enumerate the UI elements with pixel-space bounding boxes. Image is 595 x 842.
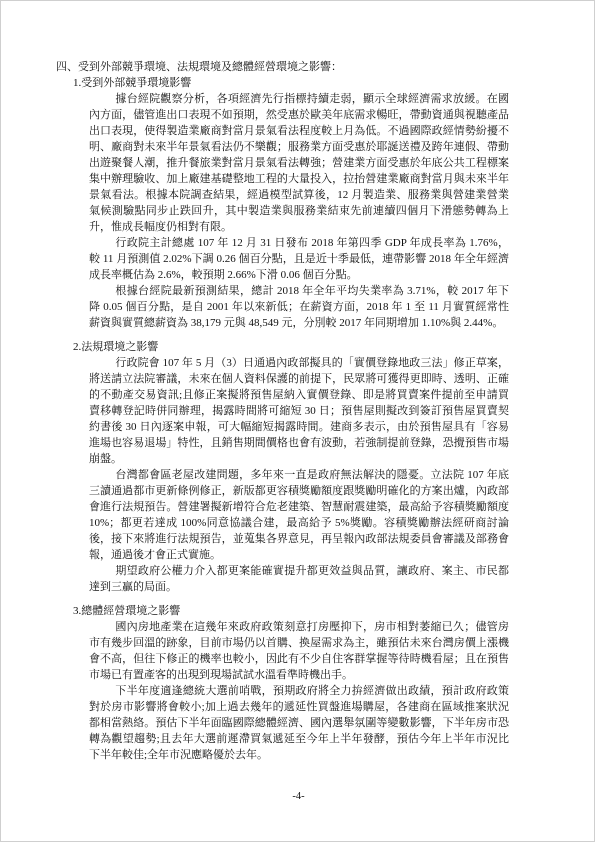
paragraph: 行政院會 107 年 5 月（3）日通過內政部擬具的「實價登錄地政三法」修正草案… bbox=[89, 355, 509, 467]
section-title-overall-business-environment: 3.總體經營環境之影響 bbox=[73, 603, 509, 619]
document-content: 四、受到外部競爭環境、法規環境及總體經營環境之影響： 1.受到外部競爭環境影響 … bbox=[56, 59, 509, 763]
section-title-regulatory-environment: 2.法規環境之影響 bbox=[73, 339, 509, 355]
paragraph: 根據台經院最新預測結果，總計 2018 年全年平均失業率為 3.71%，較 20… bbox=[89, 283, 509, 331]
paragraph: 下半年度適逢總統大選前哨戰，預期政府將全力拚經濟做出政績，預計政府政策對於房市影… bbox=[89, 683, 509, 763]
section-external-competition: 1.受到外部競爭環境影響 據台經院觀察分析，各項經濟先行指標持續走弱，顯示全球經… bbox=[56, 75, 509, 331]
document-heading: 四、受到外部競爭環境、法規環境及總體經營環境之影響： bbox=[56, 59, 509, 75]
paragraph: 行政院主計總處 107 年 12 月 31 日發布 2018 年第四季 GDP … bbox=[89, 235, 509, 283]
document-page: 四、受到外部競爭環境、法規環境及總體經營環境之影響： 1.受到外部競爭環境影響 … bbox=[0, 0, 595, 842]
paragraph: 據台經院觀察分析，各項經濟先行指標持續走弱，顯示全球經濟需求放緩。在國內方面，儘… bbox=[89, 91, 509, 235]
section-title-external-competition: 1.受到外部競爭環境影響 bbox=[73, 75, 509, 91]
page-number: -4- bbox=[1, 791, 595, 802]
paragraph: 國內房地產業在這幾年來政府政策刻意打房壓抑下，房市相對萎縮已久；儘管房市有幾步回… bbox=[89, 619, 509, 683]
section-overall-business-environment: 3.總體經營環境之影響 國內房地產業在這幾年來政府政策刻意打房壓抑下，房市相對萎… bbox=[56, 603, 509, 763]
section-regulatory-environment: 2.法規環境之影響 行政院會 107 年 5 月（3）日通過內政部擬具的「實價登… bbox=[56, 339, 509, 595]
paragraph: 期望政府公權力介入都更案能確實提升都更效益與品質，讓政府、案主、市民都達到三贏的… bbox=[89, 563, 509, 595]
paragraph: 台灣都會區老屋改建問題，多年來一直是政府無法解決的隱憂。立法院 107 年底三讀… bbox=[89, 467, 509, 563]
